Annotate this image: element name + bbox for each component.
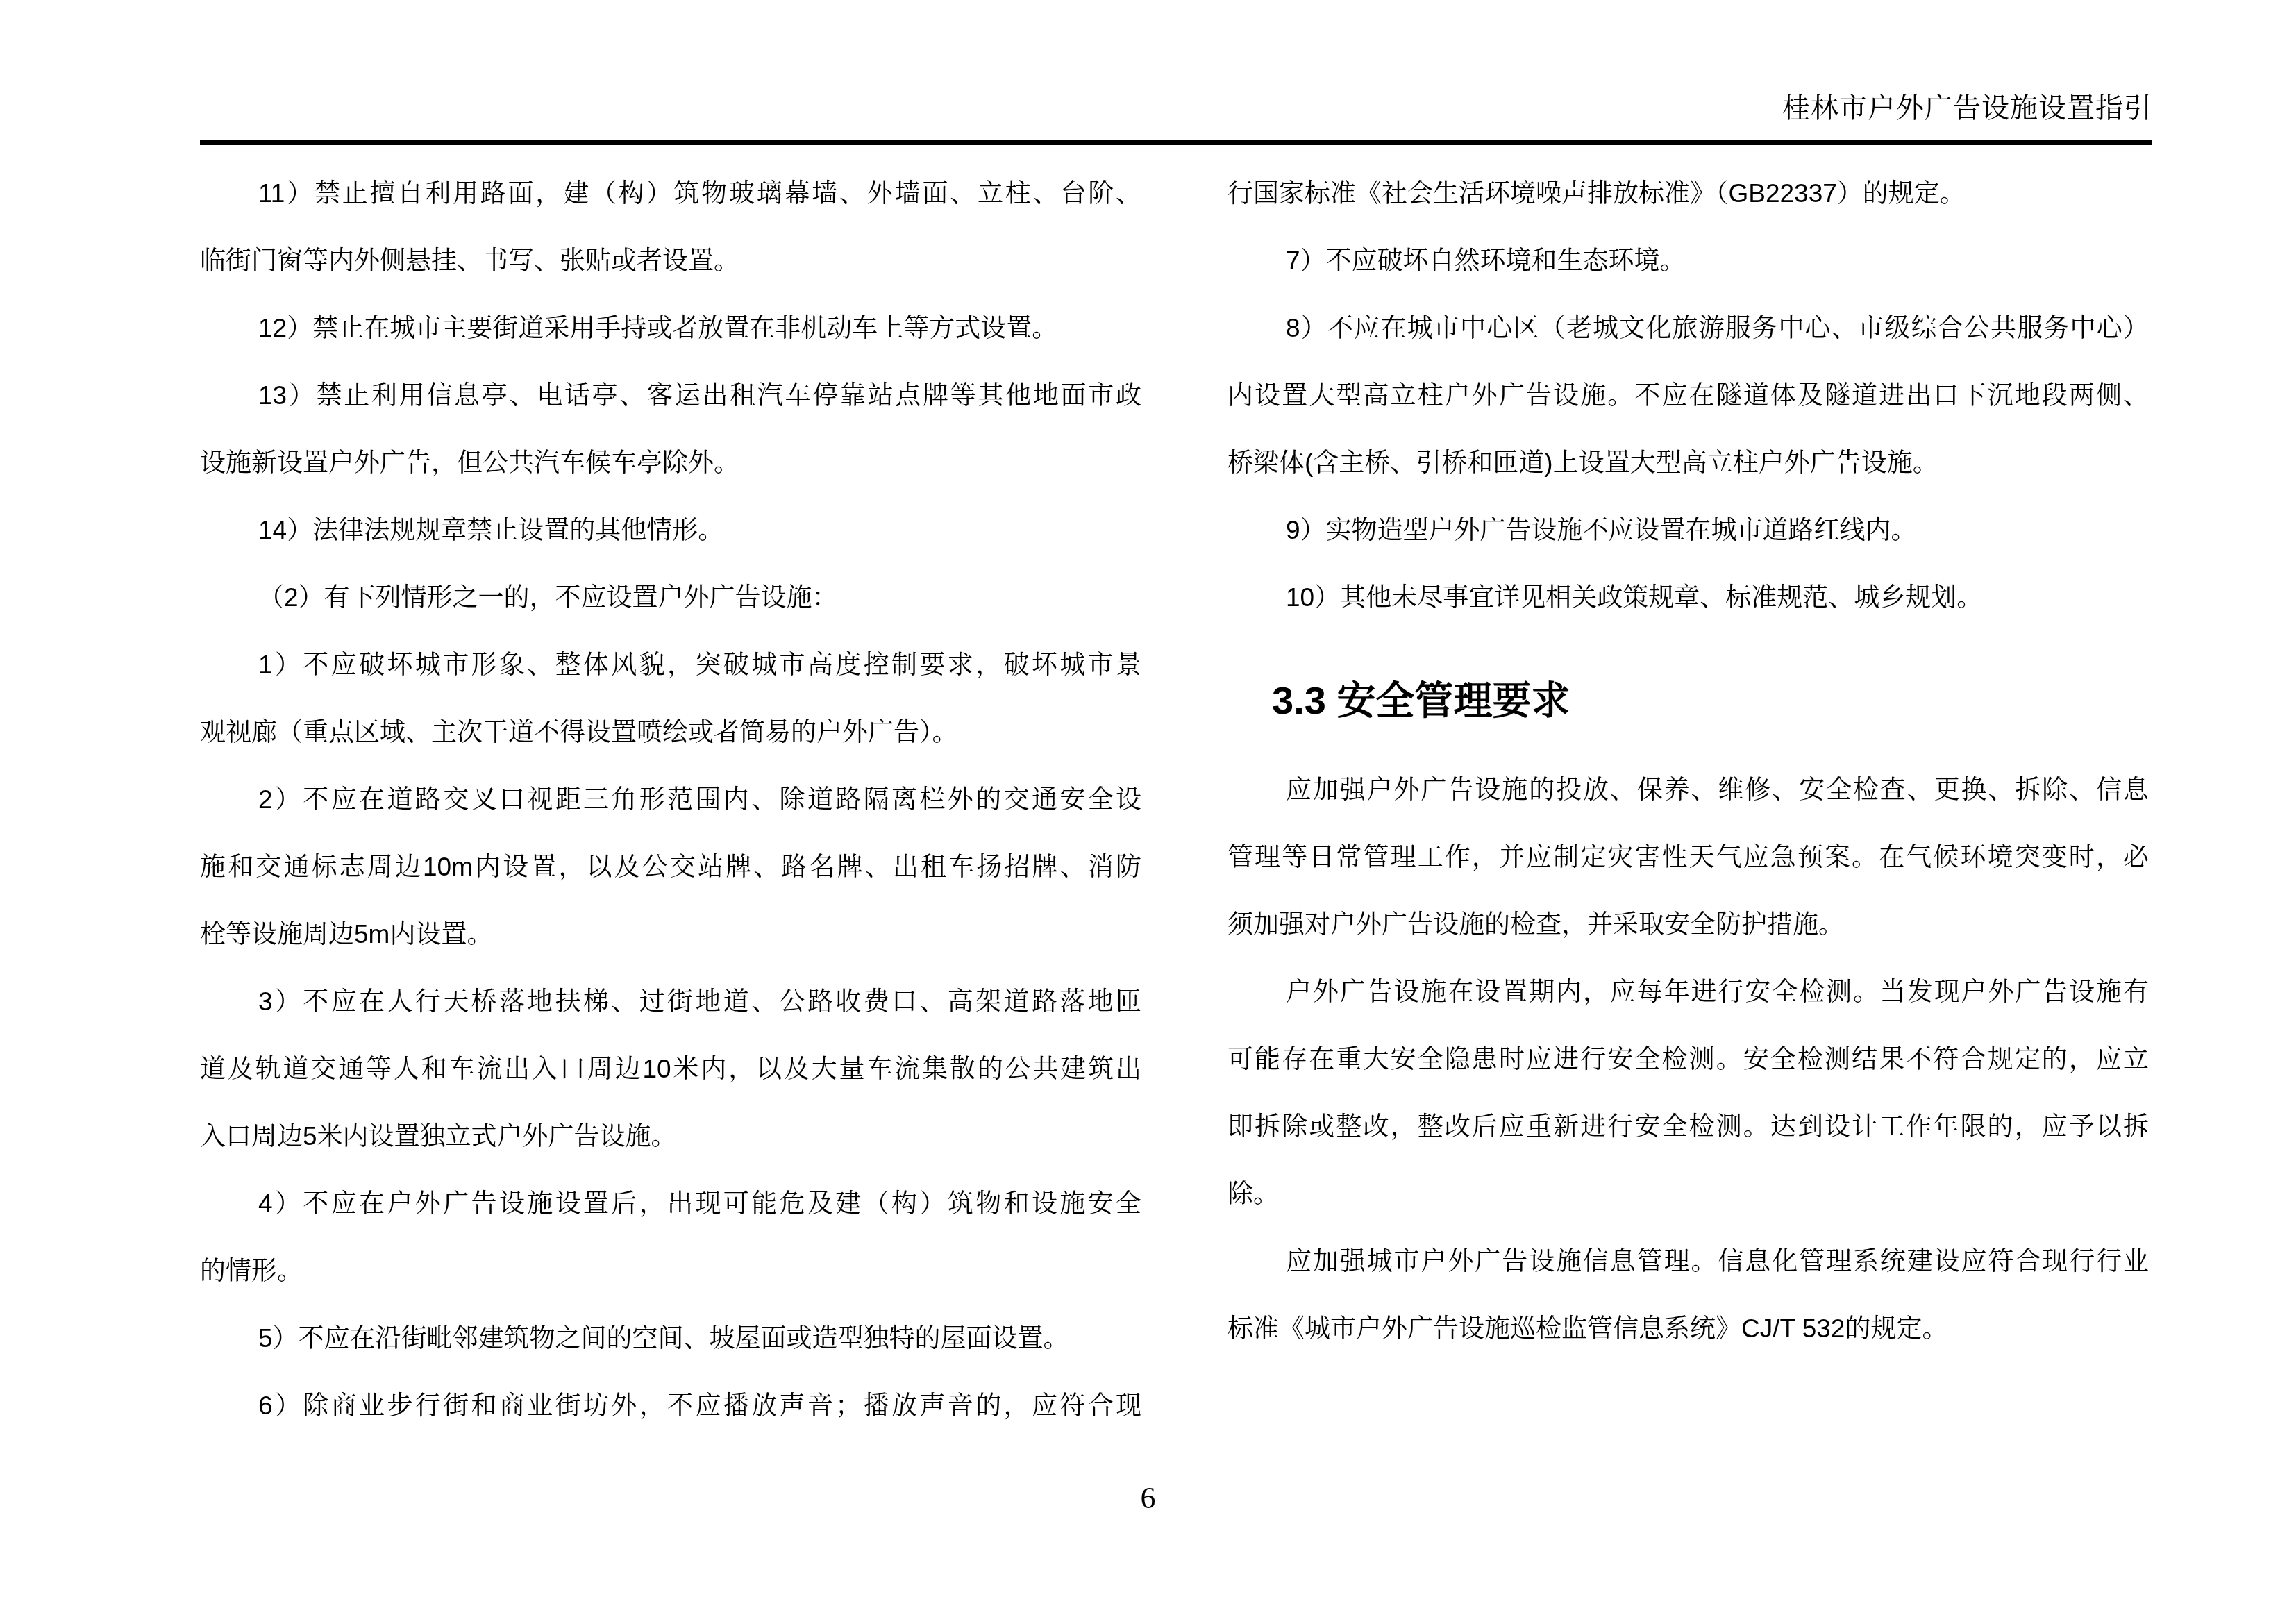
text-line: 1）不应破坏城市形象、整体风貌，突破城市高度控制要求，破坏城市景: [200, 631, 1141, 698]
text-line: 5）不应在沿街毗邻建筑物之间的空间、坡屋面或造型独特的屋面设置。: [200, 1305, 1141, 1372]
text-line: 7）不应破坏自然环境和生态环境。: [1227, 227, 2149, 294]
text-line: 的情形。: [200, 1237, 1141, 1305]
text-line: 行国家标准《社会生活环境噪声排放标准》（GB22337）的规定。: [1227, 160, 2149, 227]
text-line: 桥梁体(含主桥、引桥和匝道)上设置大型高立柱户外广告设施。: [1227, 429, 2149, 496]
right-column-bottom-block: 应加强户外广告设施的投放、保养、维修、安全检查、更换、拆除、信息管理等日常管理工…: [1227, 756, 2149, 1362]
text-line: 即拆除或整改，整改后应重新进行安全检测。达到设计工作年限的，应予以拆: [1227, 1093, 2149, 1160]
header-title: 桂林市户外广告设施设置指引: [1782, 89, 2152, 128]
text-line: 13）禁止利用信息亭、电话亭、客运出租汽车停靠站点牌等其他地面市政: [200, 362, 1141, 429]
text-line: 内设置大型高立柱户外广告设施。不应在隧道体及隧道进出口下沉地段两侧、: [1227, 362, 2149, 429]
text-line: 临街门窗等内外侧悬挂、书写、张贴或者设置。: [200, 227, 1141, 294]
header-rule: [200, 140, 2152, 145]
text-line: （2）有下列情形之一的，不应设置户外广告设施：: [200, 564, 1141, 631]
text-line: 标准《城市户外广告设施巡检监管信息系统》CJ/T 532的规定。: [1227, 1295, 2149, 1362]
text-line: 11）禁止擅自利用路面，建（构）筑物玻璃幕墙、外墙面、立柱、台阶、: [200, 160, 1141, 227]
text-line: 可能存在重大安全隐患时应进行安全检测。安全检测结果不符合规定的，应立: [1227, 1026, 2149, 1093]
text-line: 9）实物造型户外广告设施不应设置在城市道路红线内。: [1227, 496, 2149, 564]
text-line: 8）不应在城市中心区（老城文化旅游服务中心、市级综合公共服务中心）: [1227, 294, 2149, 362]
text-line: 应加强城市户外广告设施信息管理。信息化管理系统建设应符合现行行业: [1227, 1228, 2149, 1295]
text-line: 入口周边5米内设置独立式户外广告设施。: [200, 1103, 1141, 1170]
text-line: 4）不应在户外广告设施设置后，出现可能危及建（构）筑物和设施安全: [200, 1170, 1141, 1237]
text-line: 3）不应在人行天桥落地扶梯、过街地道、公路收费口、高架道路落地匝: [200, 968, 1141, 1035]
text-line: 14）法律法规规章禁止设置的其他情形。: [200, 496, 1141, 564]
text-line: 设施新设置户外广告，但公共汽车候车亭除外。: [200, 429, 1141, 496]
text-line: 6）除商业步行街和商业街坊外，不应播放声音；播放声音的，应符合现: [200, 1372, 1141, 1439]
section-heading: 3.3 安全管理要求: [1227, 669, 2149, 732]
text-line: 除。: [1227, 1160, 2149, 1228]
text-line: 道及轨道交通等人和车流出入口周边10米内，以及大量车流集散的公共建筑出: [200, 1035, 1141, 1103]
right-column: 行国家标准《社会生活环境噪声排放标准》（GB22337）的规定。7）不应破坏自然…: [1227, 160, 2149, 1362]
text-line: 2）不应在道路交叉口视距三角形范围内、除道路隔离栏外的交通安全设: [200, 766, 1141, 833]
text-line: 户外广告设施在设置期内，应每年进行安全检测。当发现户外广告设施有: [1227, 958, 2149, 1026]
text-line: 栓等设施周边5m内设置。: [200, 901, 1141, 968]
text-line: 10）其他未尽事宜详见相关政策规章、标准规范、城乡规划。: [1227, 564, 2149, 631]
left-column: 11）禁止擅自利用路面，建（构）筑物玻璃幕墙、外墙面、立柱、台阶、临街门窗等内外…: [200, 160, 1141, 1439]
page-number: 6: [0, 1477, 2296, 1519]
text-line: 12）禁止在城市主要街道采用手持或者放置在非机动车上等方式设置。: [200, 294, 1141, 362]
text-line: 观视廊（重点区域、主次干道不得设置喷绘或者简易的户外广告）。: [200, 698, 1141, 766]
text-line: 管理等日常管理工作，并应制定灾害性天气应急预案。在气候环境突变时，必: [1227, 823, 2149, 891]
right-column-top-block: 行国家标准《社会生活环境噪声排放标准》（GB22337）的规定。7）不应破坏自然…: [1227, 160, 2149, 631]
text-line: 施和交通标志周边10m内设置，以及公交站牌、路名牌、出租车扬招牌、消防: [200, 833, 1141, 901]
text-line: 须加强对户外广告设施的检查，并采取安全防护措施。: [1227, 891, 2149, 958]
document-page: 桂林市户外广告设施设置指引 11）禁止擅自利用路面，建（构）筑物玻璃幕墙、外墙面…: [0, 0, 2296, 1624]
text-line: 应加强户外广告设施的投放、保养、维修、安全检查、更换、拆除、信息: [1227, 756, 2149, 823]
